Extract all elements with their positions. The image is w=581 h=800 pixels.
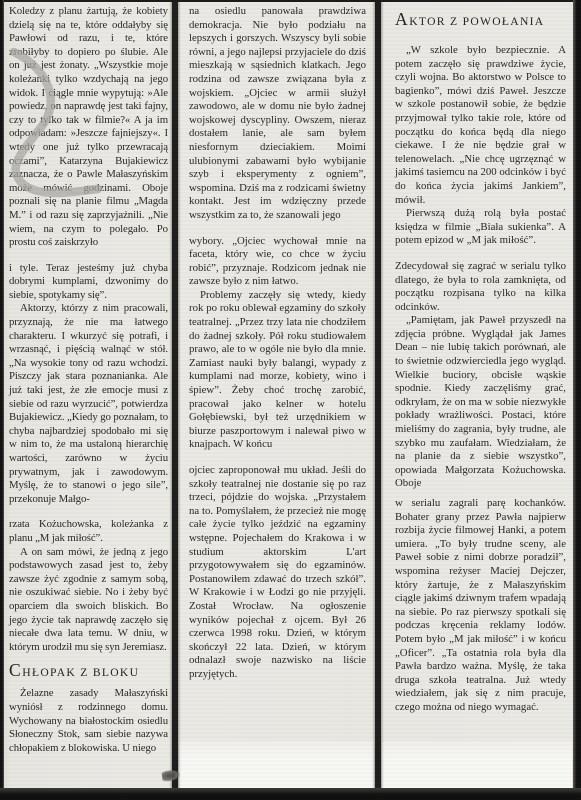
- paragraph: na osiedlu panowała prawdziwa demokracja…: [189, 5, 366, 223]
- column-divider-rule: [172, 2, 178, 788]
- scanned-article-page: Koledzy z planu żartują, że kobiety dzie…: [0, 0, 581, 800]
- scan-border-bottom: [0, 788, 581, 800]
- paragraph: A on sam mówi, że jedną z jego podstawow…: [9, 546, 168, 655]
- text-column-1: Koledzy z planu żartują, że kobiety dzie…: [4, 2, 172, 788]
- text-column-3: Aktor z powołania„W szkole było bezpiecz…: [381, 2, 573, 788]
- section-heading: Aktor z powołania: [395, 9, 566, 32]
- text-gap: [9, 250, 168, 262]
- section-heading: Chłopak z bloku: [9, 660, 168, 683]
- paragraph: Koledzy z planu żartują, że kobiety dzie…: [9, 5, 168, 250]
- paragraph: Aktorzy, którzy z nim pracowali, przyzna…: [9, 302, 168, 506]
- paragraph: w serialu zagrali parę kochanków. Bohate…: [395, 497, 566, 715]
- text-gap: [189, 452, 366, 464]
- paragraph: Żelazne zasady Małaszyński wyniósł z rod…: [9, 687, 168, 755]
- paragraph: Zdecydował się zagrać w serialu tylko dl…: [395, 260, 566, 314]
- text-gap: [395, 248, 566, 260]
- paragraph: „W szkole było bezpiecznie. A potem zacz…: [395, 44, 566, 207]
- paragraph: ojciec zaproponował mu układ. Jeśli do s…: [189, 464, 366, 682]
- text-gap: [9, 506, 168, 518]
- text-gap: [189, 223, 366, 235]
- scan-border-left: [0, 0, 4, 800]
- paragraph: Pierwszą dużą rolą była postać księdza w…: [395, 207, 566, 248]
- text-column-2: na osiedlu panowała prawdziwa demokracja…: [178, 2, 375, 788]
- scan-border-right: [573, 0, 581, 800]
- bottom-blank-strip: [382, 741, 572, 788]
- scan-border-top: [0, 0, 581, 2]
- paragraph: i tyle. Teraz jesteśmy już chyba dobrymi…: [9, 262, 168, 303]
- column-divider-rule: [375, 2, 381, 788]
- paragraph: wybory. „Ojciec wychował mnie na faceta,…: [189, 235, 366, 289]
- paragraph: „Pamiętam, jak Paweł przyszedł na zdjęci…: [395, 314, 566, 491]
- paragraph: rzata Kożuchowska, koleżanka z planu „M …: [9, 518, 168, 545]
- bottom-blank-strip: [179, 741, 374, 788]
- paragraph: Problemy zaczęły się wtedy, kiedy rok po…: [189, 289, 366, 452]
